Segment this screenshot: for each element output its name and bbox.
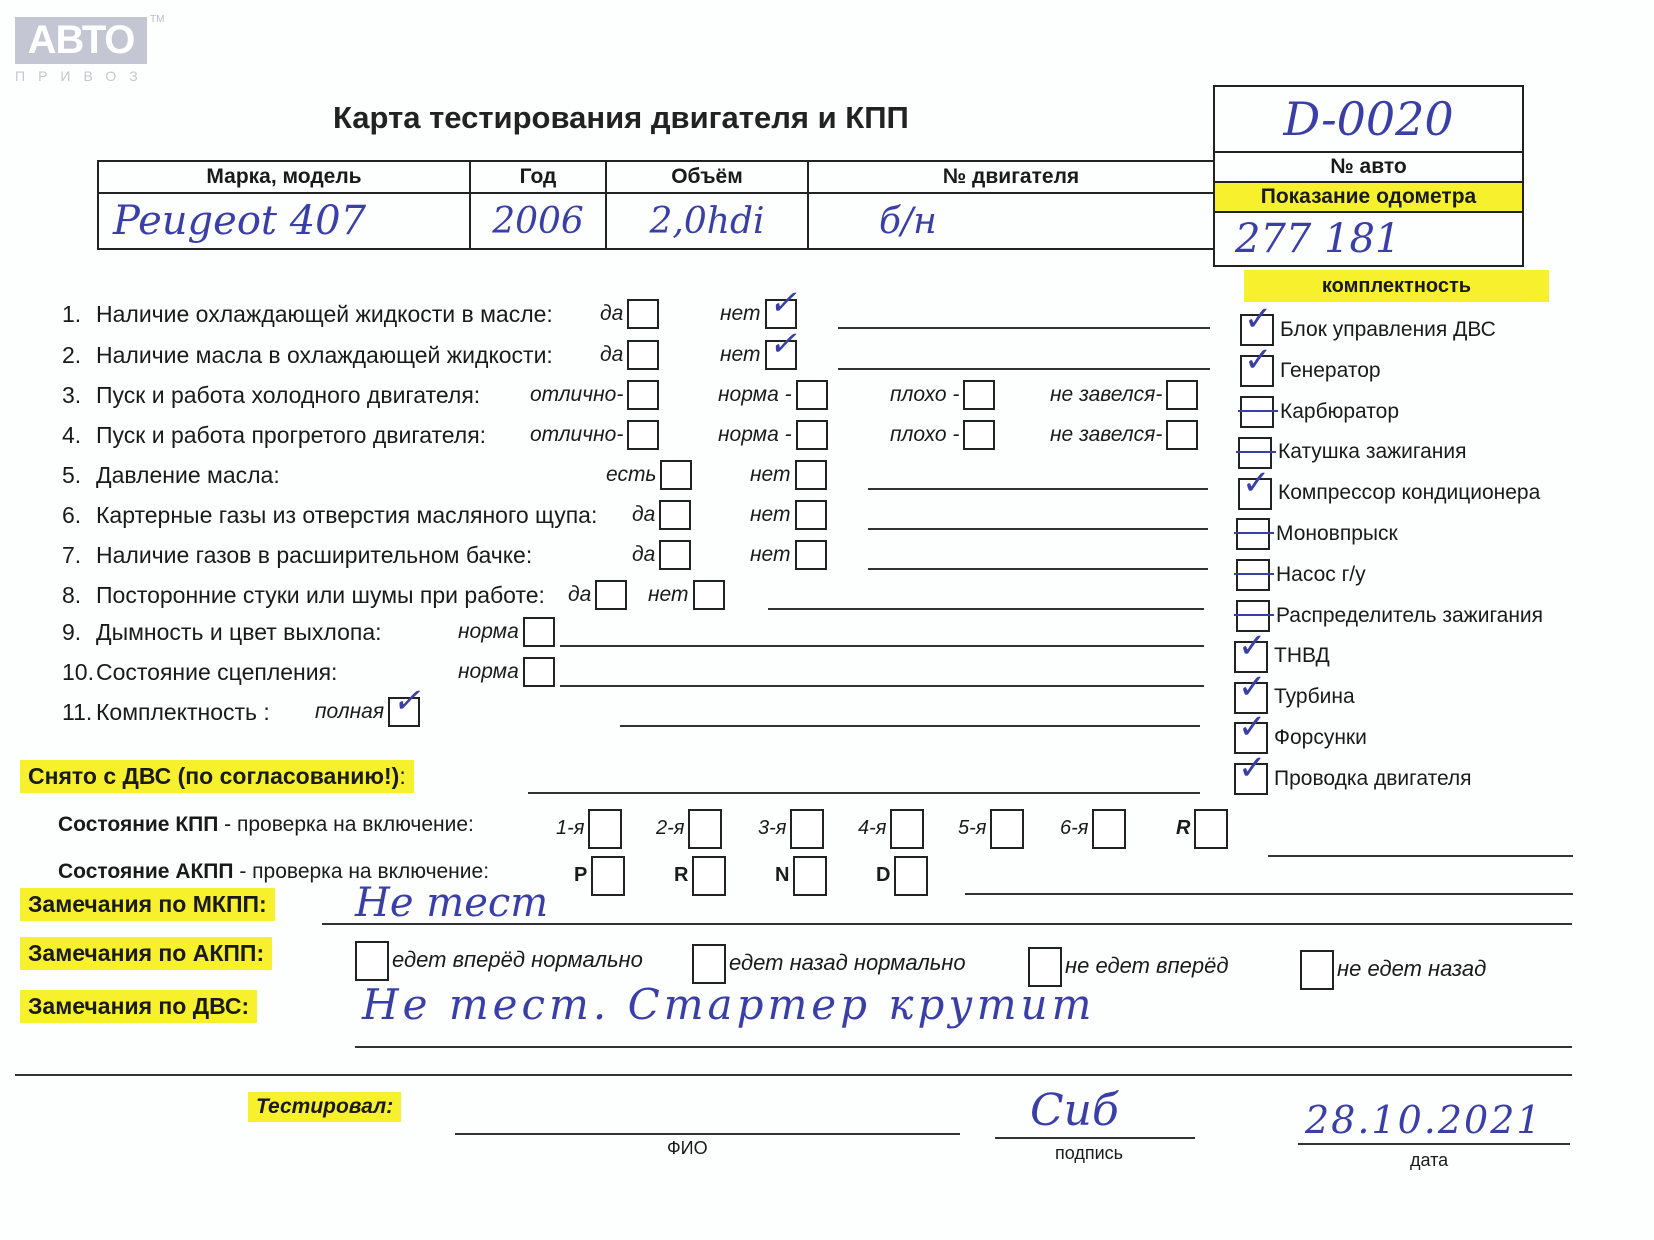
- check-number: 9.: [62, 615, 96, 649]
- check-number: 4.: [62, 418, 96, 452]
- kit-checkbox[interactable]: [1236, 518, 1270, 550]
- check-row: 3.Пуск и работа холодного двигателя:: [62, 378, 480, 412]
- mkpp-label-rest: - проверка на включение:: [218, 813, 474, 836]
- dvs-remarks-line: [355, 1046, 1572, 1048]
- check-option: не завелся-: [1050, 379, 1198, 411]
- vehicle-info-table: Марка, модель Год Объём № двигателя Peug…: [97, 160, 1215, 250]
- signature-label: подпись: [1055, 1143, 1123, 1164]
- option-label: нет: [720, 343, 761, 366]
- checkbox[interactable]: [693, 580, 725, 610]
- separator-line: [15, 1074, 1572, 1076]
- kit-checkbox[interactable]: [1238, 478, 1272, 510]
- check-option: нет: [750, 539, 827, 571]
- logo: АВТО: [15, 17, 147, 64]
- check-option: норма: [458, 616, 555, 648]
- akpp-remark-option: не едет назад: [1300, 949, 1486, 989]
- car-number-field[interactable]: D-0020: [1215, 87, 1522, 153]
- akpp-remark-checkbox[interactable]: [355, 941, 389, 981]
- check-option: нет: [720, 339, 797, 371]
- notes-line[interactable]: [560, 645, 1204, 647]
- checkbox[interactable]: [795, 540, 827, 570]
- gear-option: N: [775, 855, 827, 895]
- checkbox[interactable]: [796, 380, 828, 410]
- mkpp-label-bold: Состояние КПП: [58, 813, 218, 836]
- check-row: 7.Наличие газов в расширительном бачке:: [62, 538, 532, 572]
- gear-option: 3-я: [758, 808, 824, 848]
- akpp-line[interactable]: [965, 893, 1573, 895]
- check-option: да: [632, 499, 691, 531]
- checkbox[interactable]: [659, 500, 691, 530]
- checkbox[interactable]: [627, 380, 659, 410]
- removed-line[interactable]: [528, 792, 1200, 794]
- option-label: норма -: [718, 383, 792, 406]
- kit-item: Блок управления ДВС: [1240, 313, 1496, 347]
- gear-checkbox[interactable]: [1194, 809, 1228, 849]
- option-label: нет: [648, 583, 689, 606]
- mkpp-remarks-label: Замечания по МКПП:: [20, 888, 275, 921]
- akpp-remark-label: не едет назад: [1337, 956, 1486, 981]
- check-number: 11.: [62, 695, 96, 729]
- kit-item-label: Турбина: [1274, 685, 1355, 708]
- fio-line[interactable]: [455, 1133, 960, 1135]
- akpp-remark-option: едет вперёд нормально: [355, 940, 643, 980]
- logo-tm: TM: [150, 14, 164, 25]
- notes-line[interactable]: [838, 368, 1210, 370]
- car-number-label: № авто: [1215, 153, 1522, 183]
- check-row: 6.Картерные газы из отверстия масляного …: [62, 498, 597, 532]
- check-number: 6.: [62, 498, 96, 532]
- option-label: нет: [750, 463, 791, 486]
- removed-from-engine-label: Снято с ДВС (по согласованию!):: [20, 760, 414, 793]
- kit-item-label: Катушка зажигания: [1278, 440, 1466, 463]
- gear-checkbox[interactable]: [790, 809, 824, 849]
- mkpp-line[interactable]: [1268, 855, 1573, 857]
- notes-line[interactable]: [560, 685, 1204, 687]
- check-option: нет: [750, 499, 827, 531]
- gear-option: D: [876, 855, 928, 895]
- gear-option: 6-я: [1060, 808, 1126, 848]
- check-label: Картерные газы из отверстия масляного щу…: [96, 502, 597, 528]
- checkbox[interactable]: [627, 340, 659, 370]
- kit-item-label: Блок управления ДВС: [1280, 318, 1496, 341]
- check-label: Дымность и цвет выхлопа:: [96, 619, 382, 645]
- check-row: 4.Пуск и работа прогретого двигателя:: [62, 418, 486, 452]
- check-row: 10.Состояние сцепления:: [62, 655, 337, 689]
- check-row: 9.Дымность и цвет выхлопа:: [62, 615, 382, 649]
- gear-checkbox[interactable]: [591, 856, 625, 896]
- removed-label-part: ДВС (по согласованию!): [123, 763, 400, 789]
- check-row: 1.Наличие охлаждающей жидкости в масле:: [62, 297, 553, 331]
- checkbox[interactable]: [659, 540, 691, 570]
- year-field[interactable]: 2006: [470, 193, 606, 249]
- checkbox[interactable]: [627, 420, 659, 450]
- check-option: нет: [648, 579, 725, 611]
- kit-item-label: Генератор: [1280, 359, 1381, 382]
- check-number: 1.: [62, 297, 96, 331]
- signature: Сиб: [1030, 1085, 1119, 1136]
- check-option: норма -: [718, 379, 828, 411]
- page-title: Карта тестирования двигателя и КПП: [333, 100, 909, 136]
- check-number: 7.: [62, 538, 96, 572]
- make-model-field[interactable]: Peugeot 407: [98, 193, 470, 249]
- removed-label-colon: :: [399, 763, 405, 789]
- option-label: да: [632, 543, 655, 566]
- dvs-remarks-label: Замечания по ДВС:: [20, 990, 257, 1023]
- check-number: 2.: [62, 338, 96, 372]
- gear-label: R: [674, 864, 688, 886]
- checkbox[interactable]: [523, 617, 555, 647]
- date-field[interactable]: 28.10.2021: [1305, 1098, 1543, 1142]
- notes-line[interactable]: [868, 488, 1208, 490]
- option-label: нет: [720, 302, 761, 325]
- odometer-label: Показание одометра: [1215, 183, 1522, 213]
- checkbox[interactable]: [795, 500, 827, 530]
- checkbox[interactable]: [1166, 420, 1198, 450]
- gear-checkbox[interactable]: [990, 809, 1024, 849]
- option-label: отлично-: [530, 383, 623, 406]
- dvs-remarks-value[interactable]: Не тест. Стартер крутит: [362, 980, 1095, 1029]
- gear-option: 4-я: [858, 808, 924, 848]
- check-label: Состояние сцепления:: [96, 659, 337, 685]
- option-label: норма -: [718, 423, 792, 446]
- check-label: Пуск и работа холодного двигателя:: [96, 382, 480, 408]
- checkbox[interactable]: [595, 580, 627, 610]
- check-row: 8.Посторонние стуки или шумы при работе:: [62, 578, 545, 612]
- kit-checkbox[interactable]: [1240, 396, 1274, 428]
- gear-label: P: [574, 864, 587, 886]
- option-label: да: [632, 503, 655, 526]
- removed-label-part: Снято с: [28, 763, 123, 789]
- akpp-remark-checkbox[interactable]: [1300, 950, 1334, 990]
- kit-item-label: Компрессор кондиционера: [1278, 481, 1540, 504]
- checkbox[interactable]: [963, 420, 995, 450]
- check-option: полная: [315, 696, 420, 728]
- check-label: Наличие охлаждающей жидкости в масле:: [96, 301, 553, 327]
- check-option: отлично-: [530, 379, 659, 411]
- gear-option: 5-я: [958, 808, 1024, 848]
- kit-item-label: ТНВД: [1274, 644, 1330, 667]
- option-label: норма: [458, 660, 519, 683]
- option-label: есть: [606, 463, 656, 486]
- kit-item-label: Моновпрыск: [1276, 522, 1398, 545]
- kit-checkbox[interactable]: [1240, 355, 1274, 387]
- gear-label: 6-я: [1060, 817, 1088, 839]
- kit-checkbox[interactable]: [1236, 559, 1270, 591]
- checkbox[interactable]: [963, 380, 995, 410]
- date-line: [1298, 1143, 1570, 1145]
- option-label: да: [568, 583, 591, 606]
- col-header-make-model: Марка, модель: [98, 161, 470, 193]
- kit-item: Генератор: [1240, 354, 1381, 388]
- kit-item: Насос г/у: [1236, 558, 1366, 592]
- gear-label: N: [775, 864, 789, 886]
- gear-option: R: [1176, 808, 1228, 848]
- gear-label: 1-я: [556, 817, 584, 839]
- kit-item: Компрессор кондиционера: [1238, 476, 1540, 510]
- checkbox[interactable]: [796, 420, 828, 450]
- check-row: 2.Наличие масла в охлаждающей жидкости:: [62, 338, 553, 372]
- kit-item-label: Проводка двигателя: [1274, 767, 1472, 790]
- gear-checkbox[interactable]: [588, 809, 622, 849]
- kit-item: Карбюратор: [1240, 395, 1399, 429]
- notes-line[interactable]: [620, 725, 1200, 727]
- akpp-remarks-label: Замечания по АКПП:: [20, 937, 272, 970]
- gear-label: 3-я: [758, 817, 786, 839]
- checkbox[interactable]: [660, 460, 692, 490]
- kit-item: Проводка двигателя: [1234, 762, 1472, 796]
- gear-checkbox[interactable]: [688, 809, 722, 849]
- kit-title: комплектность: [1244, 270, 1549, 302]
- kit-item: Катушка зажигания: [1238, 435, 1466, 469]
- col-header-year: Год: [470, 161, 606, 193]
- date-label: дата: [1410, 1150, 1448, 1171]
- check-label: Наличие масла в охлаждающей жидкости:: [96, 342, 553, 368]
- mkpp-label: Состояние КПП - проверка на включение:: [58, 808, 474, 842]
- kit-item-label: Карбюратор: [1280, 400, 1399, 423]
- option-label: не завелся-: [1050, 423, 1162, 446]
- option-label: да: [600, 343, 623, 366]
- option-label: полная: [315, 700, 384, 723]
- check-option: плохо -: [890, 379, 995, 411]
- gear-checkbox[interactable]: [793, 856, 827, 896]
- check-option: нет: [750, 459, 827, 491]
- kit-item: Распределитель зажигания: [1236, 599, 1543, 633]
- kit-checkbox[interactable]: [1234, 763, 1268, 795]
- check-option: норма -: [718, 419, 828, 451]
- akpp-remark-label: едет вперёд нормально: [392, 947, 643, 972]
- check-number: 5.: [62, 458, 96, 492]
- checkbox[interactable]: [765, 340, 797, 370]
- akpp-remark-checkbox[interactable]: [692, 944, 726, 984]
- option-label: нет: [750, 503, 791, 526]
- check-option: да: [600, 339, 659, 371]
- notes-line[interactable]: [838, 327, 1210, 329]
- option-label: да: [600, 302, 623, 325]
- gear-checkbox[interactable]: [1092, 809, 1126, 849]
- check-label: Наличие газов в расширительном бачке:: [96, 542, 532, 568]
- check-option: плохо -: [890, 419, 995, 451]
- check-option: норма: [458, 656, 555, 688]
- gear-checkbox[interactable]: [890, 809, 924, 849]
- gear-option: 2-я: [656, 808, 722, 848]
- tested-by-label: Тестировал:: [248, 1092, 401, 1122]
- check-option: отлично-: [530, 419, 659, 451]
- checkbox[interactable]: [523, 657, 555, 687]
- check-label: Пуск и работа прогретого двигателя:: [96, 422, 486, 448]
- check-label: Давление масла:: [96, 462, 280, 488]
- checkbox[interactable]: [388, 697, 420, 727]
- gear-label: 4-я: [858, 817, 886, 839]
- option-label: не завелся-: [1050, 383, 1162, 406]
- option-label: плохо -: [890, 423, 959, 446]
- option-label: отлично-: [530, 423, 623, 446]
- check-option: есть: [606, 459, 692, 491]
- check-option: да: [600, 298, 659, 330]
- gear-checkbox[interactable]: [894, 856, 928, 896]
- gear-option: 1-я: [556, 808, 622, 848]
- gear-option: R: [674, 855, 726, 895]
- col-header-volume: Объём: [606, 161, 808, 193]
- gear-label: 5-я: [958, 817, 986, 839]
- check-number: 3.: [62, 378, 96, 412]
- notes-line[interactable]: [868, 568, 1208, 570]
- check-number: 8.: [62, 578, 96, 612]
- id-box: D-0020 № авто Показание одометра 277 181: [1213, 85, 1524, 267]
- mkpp-remarks-line: [322, 923, 1572, 925]
- option-label: плохо -: [890, 383, 959, 406]
- akpp-remark-option: едет назад нормально: [692, 943, 966, 983]
- option-label: нет: [750, 543, 791, 566]
- notes-line[interactable]: [768, 608, 1204, 610]
- akpp-label-bold: Состояние АКПП: [58, 860, 234, 883]
- checkbox[interactable]: [795, 460, 827, 490]
- fio-label: ФИО: [667, 1138, 708, 1159]
- volume-field[interactable]: 2,0hdi: [606, 193, 808, 249]
- checkbox[interactable]: [627, 299, 659, 329]
- kit-item-label: Насос г/у: [1276, 563, 1366, 586]
- gear-label: D: [876, 864, 890, 886]
- odometer-field[interactable]: 277 181: [1215, 213, 1522, 265]
- kit-item: Моновпрыск: [1236, 517, 1398, 551]
- check-label: Посторонние стуки или шумы при работе:: [96, 582, 545, 608]
- mkpp-remarks-value[interactable]: Не тест: [355, 880, 548, 926]
- check-option: да: [632, 539, 691, 571]
- engine-number-field[interactable]: б/н: [808, 193, 1214, 249]
- check-label: Комплектность :: [96, 699, 270, 725]
- gear-label: R: [1176, 817, 1190, 839]
- akpp-remark-label: не едет вперёд: [1065, 953, 1229, 978]
- signature-line[interactable]: [995, 1137, 1195, 1139]
- gear-label: 2-я: [656, 817, 684, 839]
- col-header-engine-number: № двигателя: [808, 161, 1214, 193]
- check-option: да: [568, 579, 627, 611]
- check-row: 5.Давление масла:: [62, 458, 280, 492]
- kit-item-label: Распределитель зажигания: [1276, 604, 1543, 627]
- gear-checkbox[interactable]: [692, 856, 726, 896]
- option-label: норма: [458, 620, 519, 643]
- check-option: не завелся-: [1050, 419, 1198, 451]
- logo-subtitle: ПРИВОЗ: [15, 68, 151, 84]
- akpp-remark-label: едет назад нормально: [729, 950, 966, 975]
- spacer: [20, 932, 1572, 934]
- checkbox[interactable]: [1166, 380, 1198, 410]
- notes-line[interactable]: [868, 528, 1208, 530]
- check-number: 10.: [62, 655, 96, 689]
- kit-item-label: Форсунки: [1274, 726, 1367, 749]
- gear-option: P: [574, 855, 625, 895]
- check-row: 11.Комплектность :: [62, 695, 270, 729]
